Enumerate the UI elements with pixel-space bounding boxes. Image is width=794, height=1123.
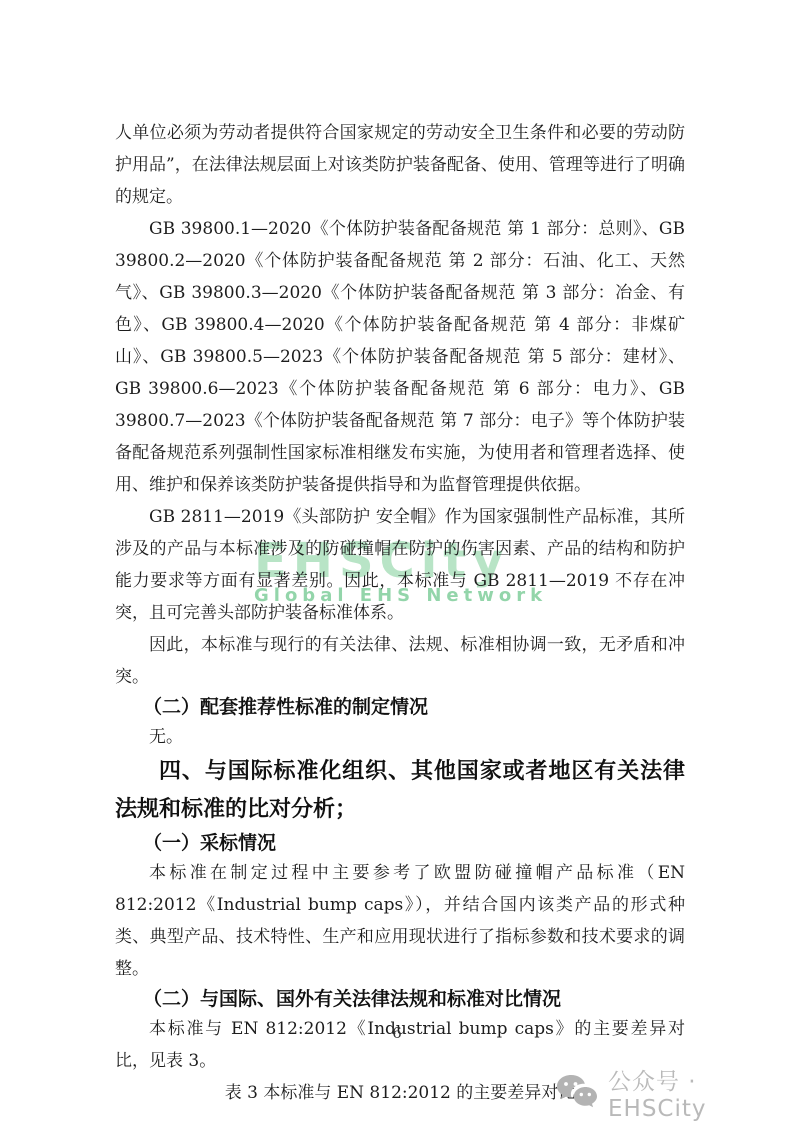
paragraph-gb2811: GB 2811—2019《头部防护 安全帽》作为国家强制性产品标准，其所涉及的产…	[115, 501, 685, 629]
footer-wechat-account: 公众号 · EHSCity	[556, 1072, 794, 1112]
wechat-icon	[556, 1073, 598, 1111]
paragraph-gb39800-series: GB 39800.1—2020《个体防护装备配备规范 第 1 部分：总则》、GB…	[115, 213, 685, 501]
heading-adoption-status: （一）采标情况	[115, 829, 685, 857]
paragraph-continuation: 人单位必须为劳动者提供符合国家规定的劳动安全卫生条件和必要的劳动防护用品”，在法…	[115, 117, 685, 213]
paragraph-none: 无。	[115, 721, 685, 753]
paragraph-comparison: 本标准与 EN 812:2012《Industrial bump caps》的主…	[115, 1013, 685, 1077]
heading-comparison: （二）与国际、国外有关法律法规和标准对比情况	[115, 985, 685, 1013]
heading-section-4: 四、与国际标准化组织、其他国家或者地区有关法律法规和标准的比对分析；	[115, 753, 685, 829]
footer-label: 公众号 · EHSCity	[608, 1063, 794, 1122]
paragraph-conclusion: 因此，本标准与现行的有关法律、法规、标准相协调一致，无矛盾和冲突。	[115, 629, 685, 693]
document-page: EHSCity Global EHS Network 人单位必须为劳动者提供符合…	[0, 0, 794, 1123]
page-number: 6	[0, 1024, 794, 1042]
document-body: 人单位必须为劳动者提供符合国家规定的劳动安全卫生条件和必要的劳动防护用品”，在法…	[115, 117, 685, 1109]
paragraph-adoption: 本标准在制定过程中主要参考了欧盟防碰撞帽产品标准（EN 812:2012《Ind…	[115, 857, 685, 985]
heading-support-standards: （二）配套推荐性标准的制定情况	[115, 693, 685, 721]
